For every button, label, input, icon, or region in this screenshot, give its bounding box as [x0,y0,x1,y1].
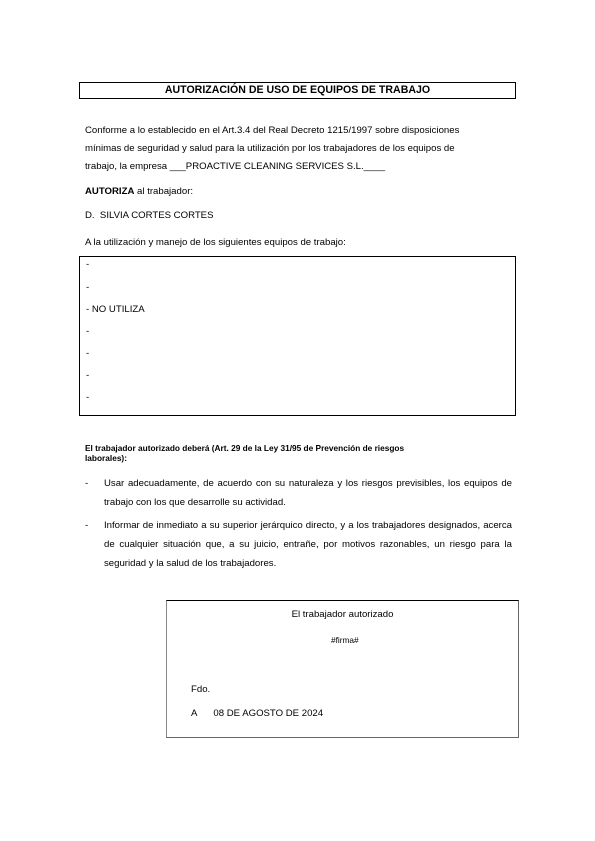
duties-heading-line: laborales): [85,453,515,463]
authorizes-statement: AUTORIZA al trabajador: [85,183,515,201]
dash-bullet: - [85,474,88,493]
signed-label: Fdo. [191,684,210,695]
equipment-item: - [86,282,89,294]
equipment-item: - [86,392,89,404]
date-label: A [191,708,197,719]
equipment-item: - [86,326,89,338]
equipment-item: - [86,259,89,271]
equipment-list-box: - - - NO UTILIZA - - - - [79,256,516,416]
worker-name: D. SILVIA CORTES CORTES [85,207,515,225]
equipment-item: - [86,348,89,360]
duties-heading-line: El trabajador autorizado deberá (Art. 29… [85,443,515,453]
duty-item: - Informar de inmediato a su superior je… [85,516,512,573]
intro-paragraph: Conforme a lo establecido en el Art.3.4 … [85,122,515,176]
intro-line: Conforme a lo establecido en el Art.3.4 … [85,122,515,140]
signature-placeholder: #firma# [331,635,359,645]
usage-intro: A la utilización y manejo de los siguien… [85,234,515,252]
equipment-item: - [86,370,89,382]
authorizes-keyword: AUTORIZA [85,186,134,197]
signature-box: El trabajador autorizado #firma# Fdo. A0… [166,600,519,738]
duty-text: Informar de inmediato a su superior jerá… [104,516,512,573]
date-value: 08 DE AGOSTO DE 2024 [213,708,323,719]
signature-title: El trabajador autorizado [167,609,518,620]
duties-heading: El trabajador autorizado deberá (Art. 29… [85,443,515,463]
authorizes-text: al trabajador: [134,186,193,197]
duty-item: - Usar adecuadamente, de acuerdo con su … [85,474,512,512]
intro-line: mínimas de seguridad y salud para la uti… [85,140,515,158]
dash-bullet: - [85,516,88,535]
duty-text: Usar adecuadamente, de acuerdo con su na… [104,474,512,512]
intro-line: trabajo, la empresa ___PROACTIVE CLEANIN… [85,158,515,176]
document-title: AUTORIZACIÓN DE USO DE EQUIPOS DE TRABAJ… [79,82,516,99]
signature-date: A08 DE AGOSTO DE 2024 [191,708,323,719]
equipment-item: - NO UTILIZA [86,304,145,316]
